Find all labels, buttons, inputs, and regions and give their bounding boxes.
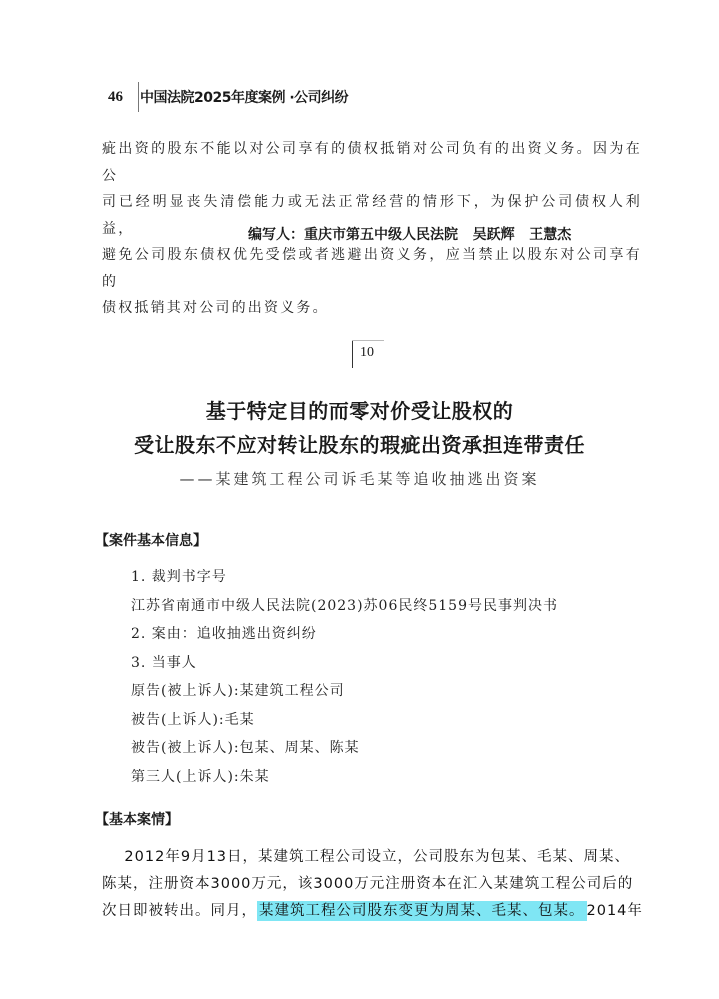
page-number: 46 <box>108 89 138 106</box>
highlighted-text[interactable]: 某建筑工程公司股东变更为周某、毛某、包某。 <box>257 901 587 921</box>
case-title-line-1: 基于特定目的而零对价受让股权的 <box>0 395 719 424</box>
header-divider <box>138 82 139 112</box>
info-line: 2. 案由：追收抽逃出资纠纷 <box>131 623 317 643</box>
running-title: 中国法院2025年度案例 ·公司纠纷 <box>140 87 348 107</box>
info-line: 被告(被上诉人):包某、周某、陈某 <box>131 737 360 757</box>
case-number-rule <box>352 340 353 368</box>
info-line: 1. 裁判书字号 <box>131 566 227 586</box>
case-title-line-2: 受让股东不应对转让股东的瑕疵出资承担连带责任 <box>0 429 719 458</box>
info-line: 第三人(上诉人):朱某 <box>131 766 270 786</box>
facts-paragraph: 2012年9月13日，某建筑工程公司设立，公司股东为包某、毛某、周某、 陈某，注… <box>102 844 647 925</box>
case-number: 10 <box>360 345 374 361</box>
paragraph-line: 2012年9月13日，某建筑工程公司设立，公司股东为包某、毛某、周某、 <box>102 844 647 871</box>
facts-heading: 【基本案情】 <box>95 809 179 829</box>
page-header: 46 中国法院2025年度案例 ·公司纠纷 <box>108 82 348 112</box>
case-number-top-rule <box>352 340 384 341</box>
case-subtitle: ——某建筑工程公司诉毛某等追收抽逃出资案 <box>0 468 719 489</box>
paragraph-line: 疵出资的股东不能以对公司享有的债权抵销对公司负有的出资义务。因为在公 <box>102 136 642 189</box>
info-line: 3. 当事人 <box>131 652 197 672</box>
info-line: 江苏省南通市中级人民法院(2023)苏06民终5159号民事判决书 <box>131 595 558 615</box>
paragraph-line: 债权抵销其对公司的出资义务。 <box>102 295 642 322</box>
info-line: 原告(被上诉人):某建筑工程公司 <box>131 680 345 700</box>
paragraph-line: 陈某，注册资本3000万元，该3000万元注册资本在汇入某建筑工程公司后的 <box>102 871 647 898</box>
case-number-box: 10 <box>352 340 382 368</box>
text-run: 2014年 <box>587 903 643 919</box>
info-line: 被告(上诉人):毛某 <box>131 709 255 729</box>
text-run: 次日即被转出。同月， <box>102 903 257 919</box>
author-line: 编写人：重庆市第五中级人民法院 吴跃辉 王慧杰 <box>248 224 571 244</box>
basic-info-heading: 【案件基本信息】 <box>95 530 207 550</box>
paragraph-line: 次日即被转出。同月，某建筑工程公司股东变更为周某、毛某、包某。2014年 <box>102 898 647 925</box>
paragraph-line: 避免公司股东债权优先受偿或者逃避出资义务，应当禁止以股东对公司享有的 <box>102 242 642 295</box>
